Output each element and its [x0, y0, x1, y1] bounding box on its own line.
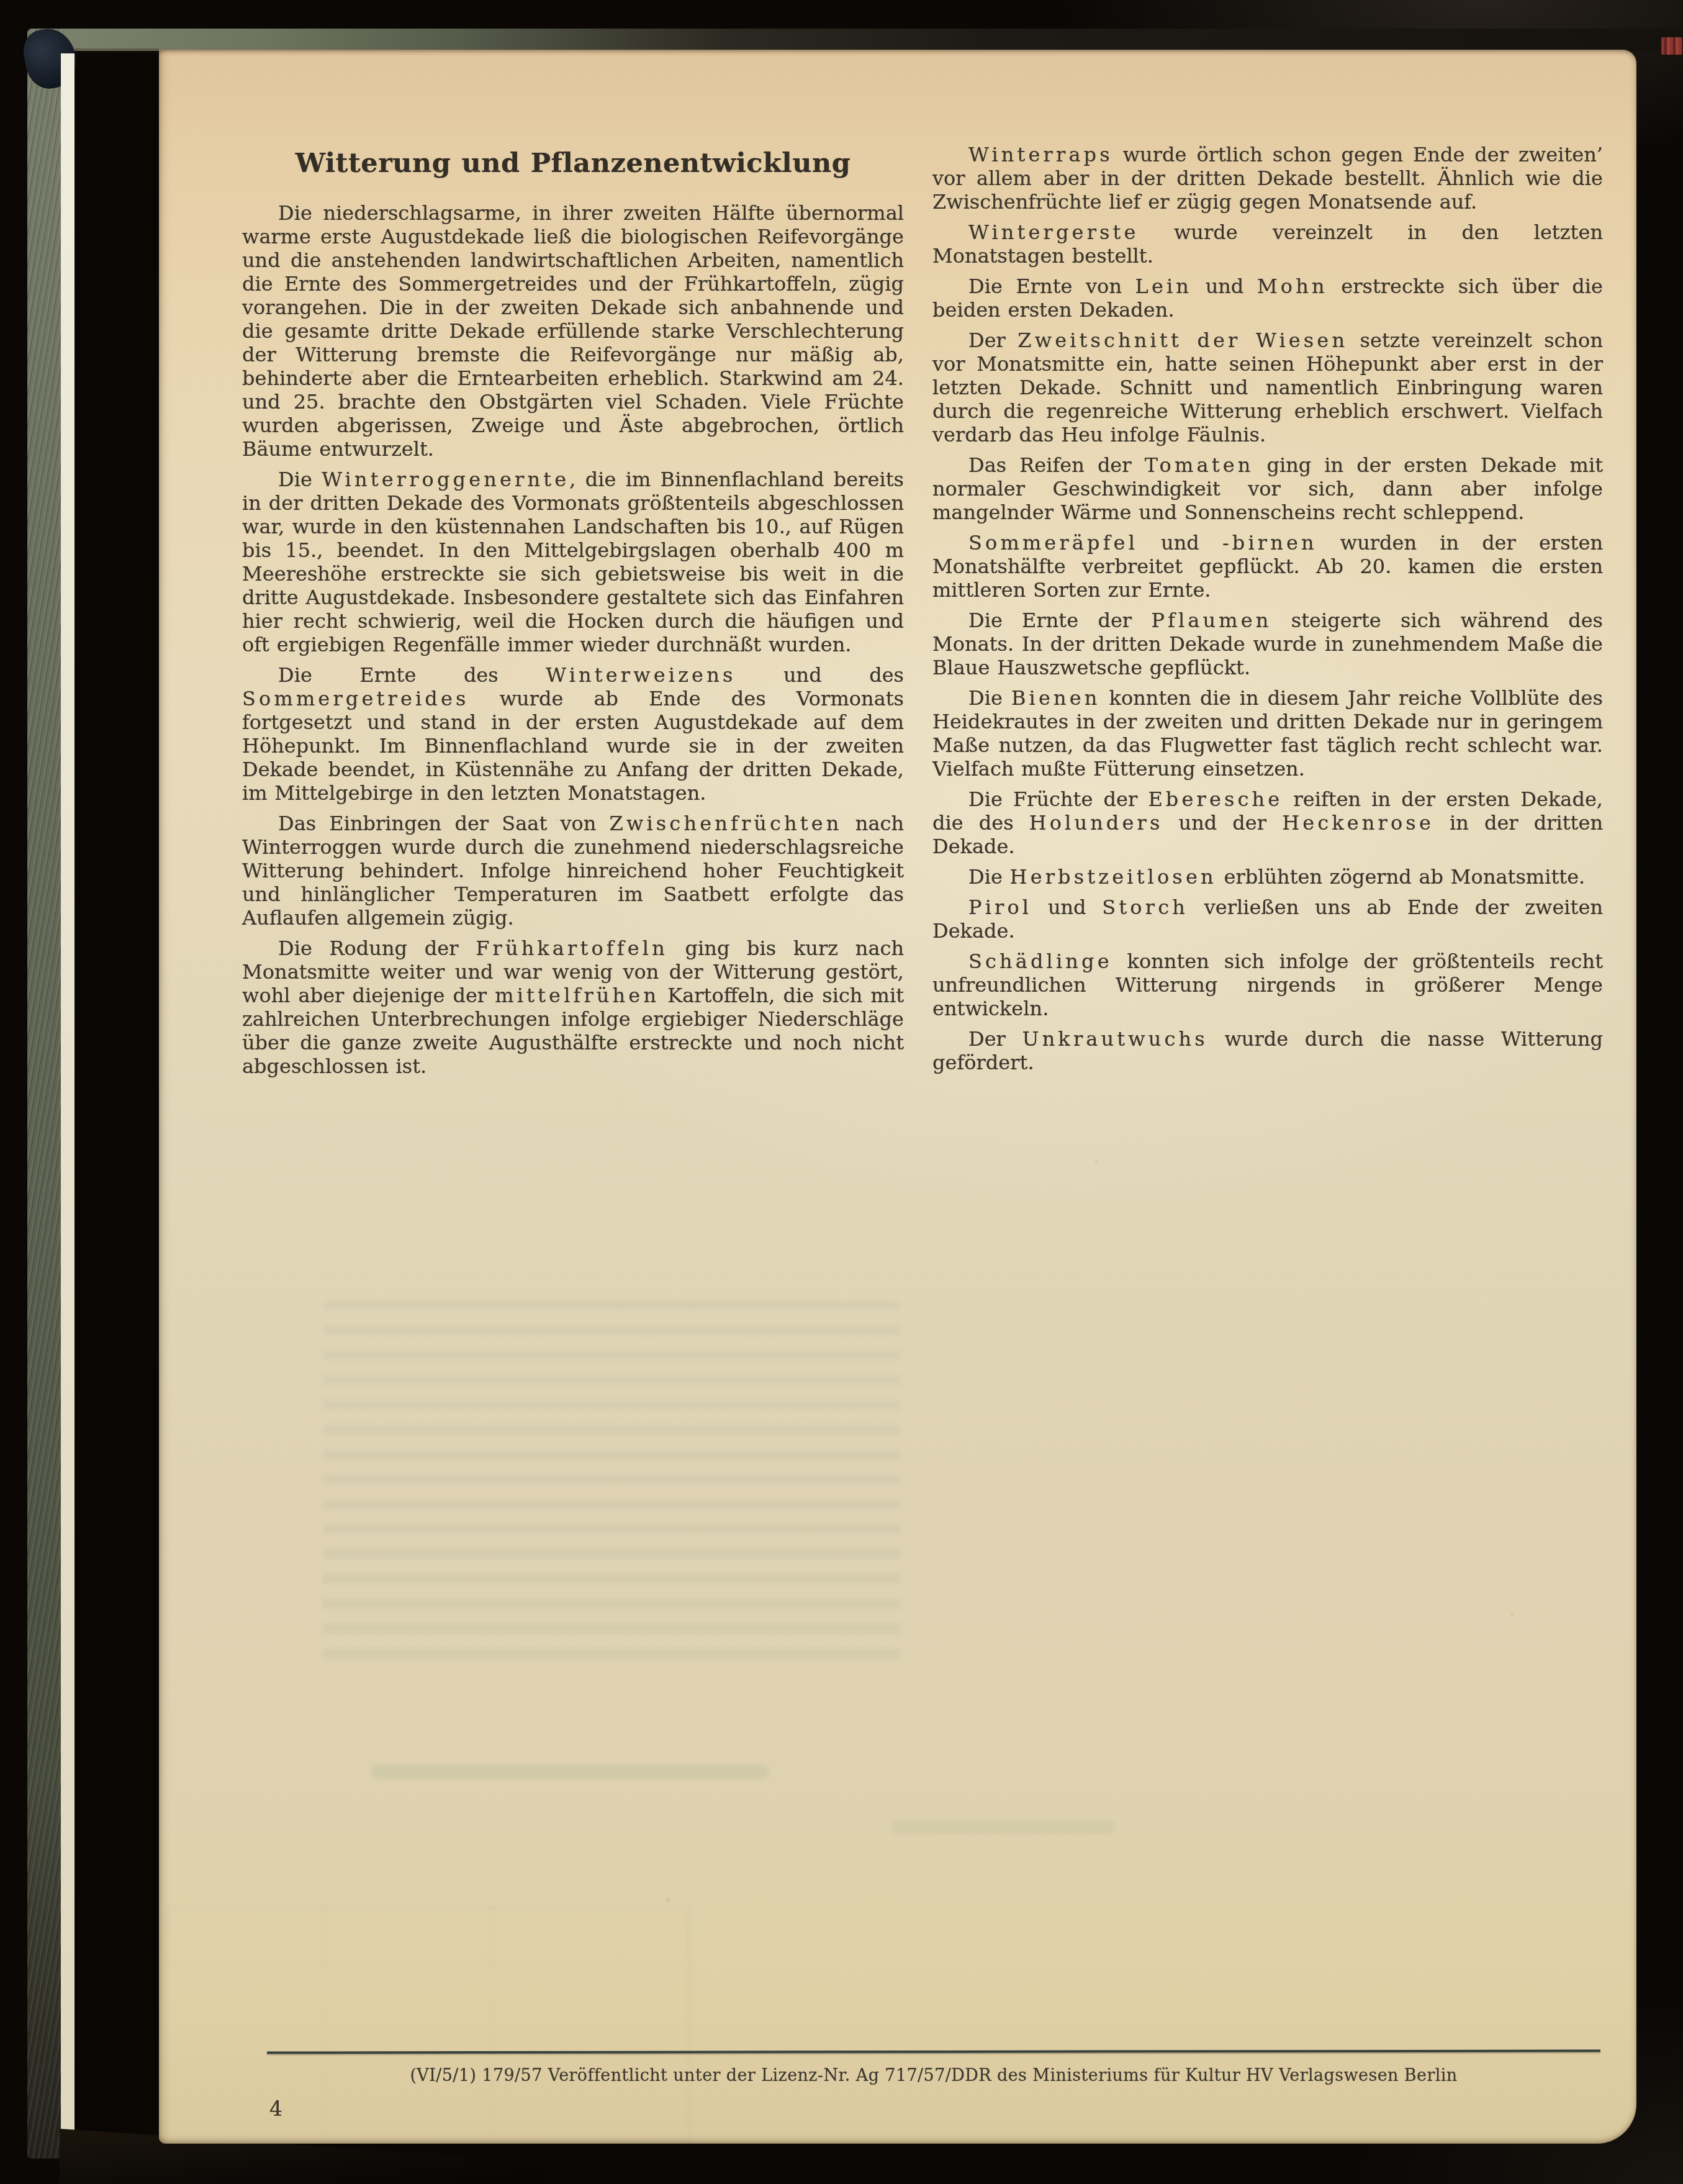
bleed-through-mark	[891, 1821, 1115, 1833]
text-segment: und des	[736, 663, 904, 687]
paragraph: Die Ernte des Winterweizens und des Somm…	[242, 663, 904, 805]
text-segment: Die niederschlagsarme, in ihrer zweiten …	[242, 201, 904, 461]
emphasized-term: Tomaten	[1145, 453, 1254, 477]
paragraph: Die Früchte der Eberesche reiften in der…	[932, 787, 1603, 858]
right-column: Winterraps wurde örtlich schon gegen End…	[932, 143, 1603, 1081]
emphasized-term: Heckenrose	[1282, 811, 1434, 835]
bleed-through-heading	[371, 1765, 769, 1778]
emphasized-term: Storch	[1102, 895, 1188, 919]
emphasized-term: Schädlinge	[968, 949, 1112, 973]
emphasized-term: -birnen	[1222, 531, 1317, 555]
emphasized-term: Zweitschnitt der Wiesen	[1017, 329, 1348, 352]
emphasized-term: Herbstzeitlosen	[1010, 865, 1217, 889]
emphasized-term: mittelfrühen	[495, 984, 659, 1007]
paragraph: Der Zweitschnitt der Wiesen setzte verei…	[932, 329, 1603, 446]
emphasized-term: Sommeräpfel	[968, 531, 1138, 555]
page-edges-stack	[74, 48, 159, 2142]
page-number: 4	[269, 2096, 282, 2121]
text-segment: Die Früchte der	[968, 787, 1148, 811]
text-segment: Die Ernte von	[968, 274, 1135, 298]
bleed-through-table	[166, 1908, 690, 2141]
paragraph: Das Reifen der Tomaten ging in der erste…	[932, 453, 1603, 524]
book-cover-top-edge	[27, 29, 1683, 51]
paragraph: Die Ernte von Lein und Mohn erstreckte s…	[932, 274, 1603, 322]
paragraph: Die Bienen konnten die in diesem Jahr re…	[932, 686, 1603, 781]
emphasized-term: Holunders	[1029, 811, 1163, 835]
paragraph: Sommeräpfel und -birnen wurden in der er…	[932, 531, 1603, 602]
text-segment: Die Rodung der	[278, 936, 476, 960]
text-segment: Die Ernte des	[278, 663, 546, 687]
paragraph: Pirol und Storch verließen uns ab Ende d…	[932, 895, 1603, 943]
emphasized-term: Unkrautwuchs	[1022, 1027, 1208, 1051]
emphasized-term: Winterraps	[968, 143, 1113, 166]
paragraph: Die Winterroggenernte, die im Binnenflac…	[242, 468, 904, 656]
text-segment: Das Reifen der	[968, 453, 1145, 477]
emphasized-term: Mohn	[1257, 274, 1328, 298]
text-segment: und der	[1163, 811, 1283, 835]
emphasized-term: Pirol	[968, 895, 1032, 919]
text-segment: , die im Binnenflachland bereits in der …	[242, 468, 904, 656]
emphasized-term: Sommergetreides	[242, 687, 469, 710]
paragraph: Die Ernte der Pflaumen steigerte sich wä…	[932, 609, 1603, 679]
paragraph: Die Herbstzeitlosen erblühten zögernd ab…	[932, 865, 1603, 889]
emphasized-term: Lein	[1135, 274, 1193, 298]
right-column-paragraphs: Winterraps wurde örtlich schon gegen End…	[932, 143, 1603, 1074]
left-column: Witterung und Pflanzenentwicklung Die ni…	[242, 148, 904, 1085]
emphasized-term: Zwischenfrüchten	[610, 812, 842, 835]
text-segment: erblühten zögernd ab Monatsmitte.	[1217, 865, 1586, 889]
text-segment: Die	[968, 865, 1010, 889]
text-segment: und	[1192, 274, 1257, 298]
text-segment: Die Ernte der	[968, 609, 1151, 632]
emphasized-term: Pflaumen	[1151, 609, 1271, 632]
paragraph: Wintergerste wurde vereinzelt in den let…	[932, 220, 1603, 268]
bleed-through-text	[323, 1301, 900, 1674]
book-cover-left-edge	[27, 29, 63, 2159]
text-segment: und	[1138, 531, 1222, 555]
paragraph: Die niederschlagsarme, in ihrer zweiten …	[242, 201, 904, 461]
text-segment: Der	[968, 329, 1017, 352]
text-segment: Die	[968, 686, 1011, 710]
text-segment: Der	[968, 1027, 1022, 1051]
emphasized-term: Winterroggenernte	[322, 468, 569, 491]
emphasized-term: Winterweizens	[546, 663, 736, 687]
text-segment: und	[1032, 895, 1102, 919]
emphasized-term: Wintergerste	[968, 220, 1139, 244]
emphasized-term: Bienen	[1011, 686, 1101, 710]
imprint-line: (VI/5/1) 179/57 Veröffentlicht unter der…	[267, 2065, 1600, 2087]
endpaper-strip	[61, 53, 74, 2145]
footer-rule	[267, 2050, 1600, 2054]
headband	[1661, 37, 1682, 55]
text-segment: Die	[278, 468, 322, 491]
paragraph: Schädlinge konnten sich infolge der größ…	[932, 949, 1603, 1020]
paragraph: Der Unkrautwuchs wurde durch die nasse W…	[932, 1027, 1603, 1074]
page: Witterung und Pflanzenentwicklung Die ni…	[159, 50, 1636, 2144]
emphasized-term: Frühkartoffeln	[476, 936, 668, 960]
paragraph: Winterraps wurde örtlich schon gegen End…	[932, 143, 1603, 214]
page-title: Witterung und Pflanzenentwicklung	[242, 148, 904, 179]
left-column-paragraphs: Die niederschlagsarme, in ihrer zweiten …	[242, 201, 904, 1078]
text-segment: Das Einbringen der Saat von	[278, 812, 610, 835]
book-scan: Witterung und Pflanzenentwicklung Die ni…	[0, 0, 1683, 2184]
paragraph: Die Rodung der Frühkartoffeln ging bis k…	[242, 936, 904, 1078]
paragraph: Das Einbringen der Saat von Zwischenfrüc…	[242, 812, 904, 930]
emphasized-term: Eberesche	[1148, 787, 1283, 811]
